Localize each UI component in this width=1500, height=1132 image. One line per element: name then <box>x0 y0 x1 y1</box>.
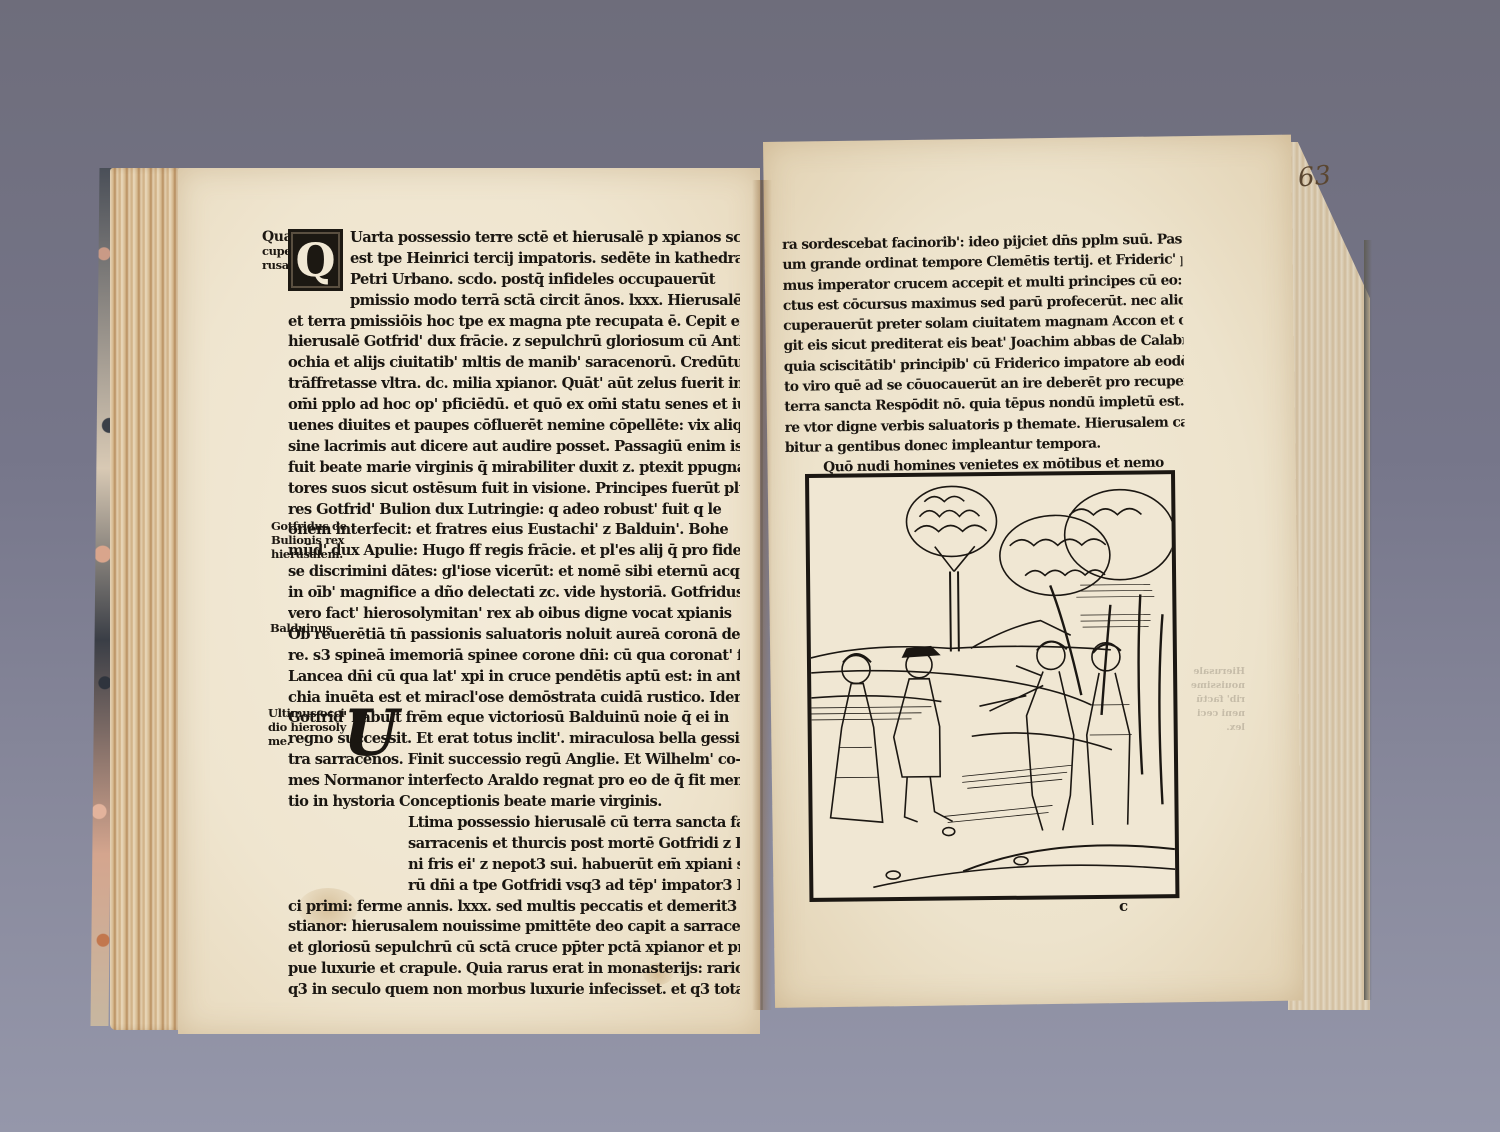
text-line: Ob reuerētiā tn̄ passionis saluatoris no… <box>288 626 740 647</box>
text-line: ochia et alijs ciuitatib' mltis de manib… <box>288 354 740 375</box>
text-line: Uarta possessio terre sctē et hierusalē … <box>288 229 740 250</box>
left-page-block-edges <box>110 168 182 1030</box>
text-line: rū dn̄i a tpe Gotfridi vsq3 ad tēp' impa… <box>288 877 740 898</box>
right-cover-edge <box>1364 240 1372 1000</box>
text-line: chia inuēta est et miracl'ose demōstrata… <box>288 689 740 710</box>
show-through-line: nouissime <box>1180 679 1245 693</box>
text-line: Gotfrid' habuit frēm eque victoriosū Bal… <box>288 709 740 730</box>
text-line: se discrimini dātes: gl'iose vicerūt: et… <box>288 563 740 584</box>
text-line: regno successit. Et erat totus inclit'. … <box>288 730 740 751</box>
show-through-line: rib' factū <box>1180 693 1245 707</box>
text-line: onem interfecit: et fratres eius Eustach… <box>288 521 740 542</box>
text-line: et terra pmissiōis hoc tpe ex magna pte … <box>288 313 740 334</box>
book-photo-scene: Quarta re cuperatio hie rusalem. Gotfrid… <box>0 0 1500 1132</box>
text-line: pue luxurie et crapule. Quia rarus erat … <box>288 960 740 981</box>
handwritten-folio-number: 63 <box>1297 160 1333 193</box>
text-line: vero fact' hierosolymitan' rex ab oibus … <box>288 605 740 626</box>
show-through-line: neni ceci <box>1180 707 1245 721</box>
show-through-line: Hierusale <box>1180 665 1245 679</box>
text-line: Lancea dn̄i cū qua lat' xpi in cruce pen… <box>288 668 740 689</box>
text-line: tio in hystoria Conceptionis beate marie… <box>288 793 740 814</box>
show-through-line: lex. <box>1180 721 1245 735</box>
text-line: tores suos sicut ostēsum fuit in visione… <box>288 480 740 501</box>
text-line: stianor: hierusalem nouissime pmittēte d… <box>288 918 740 939</box>
text-line: re. s3 spineā imemoriā spinee corone dn̄… <box>288 647 740 668</box>
text-line: Ltima possessio hierusalē cū terra sanct… <box>288 814 740 835</box>
text-line: in oīb' magnifice a dño delectati zc. vi… <box>288 584 740 605</box>
woodcut-illustration <box>805 470 1179 902</box>
signature-mark: c <box>1119 897 1128 915</box>
text-line: trāffretasse vltra. dc. milia xpianor. Q… <box>288 375 740 396</box>
text-line: ci primi: ferme annis. lxxx. sed multis … <box>288 898 740 919</box>
text-line: uenes diuites et paupes cōfluerēt nemine… <box>288 417 740 438</box>
text-line: Petri Urbano. scdo. postq̄ infideles occ… <box>288 271 740 292</box>
text-line: mūd' dux Apulie: Hugo ff regis frācie. e… <box>288 542 740 563</box>
left-page-text-block: Uarta possessio terre sctē et hierusalē … <box>288 229 740 1002</box>
text-line: sine lacrimis aut dicere aut audire poss… <box>288 438 740 459</box>
text-line: q3 in seculo quem non morbus luxurie inf… <box>288 981 740 1002</box>
right-page-text-block: ra sordescebat facinorib': ideo pijciet … <box>782 231 1186 500</box>
text-line: pmissio modo terrā sctā circit ānos. lxx… <box>288 292 740 313</box>
show-through-text: Hierusale nouissime rib' factū neni ceci… <box>1180 665 1245 735</box>
book-gutter <box>752 180 772 1010</box>
text-line: est tpe Heinrici tercij impatoris. sedēt… <box>288 250 740 271</box>
text-line: et gloriosū sepulchrū cū sctā cruce pp̄t… <box>288 939 740 960</box>
text-line: ni fris ei' z nepot3 sui. habuerūt em̄ x… <box>288 856 740 877</box>
text-line: res Gotfrid' Bulion dux Lutringie: q ade… <box>288 501 740 522</box>
text-line: sarracenis et thurcis post mortē Gotfrid… <box>288 835 740 856</box>
woodcut-drawing <box>809 474 1175 898</box>
text-line: om̄i pplo ad hoc op' pficiēdū. et quō ex… <box>288 396 740 417</box>
text-line: mes Normanor interfecto Araldo regnat pr… <box>288 772 740 793</box>
text-line: fuit beate marie virginis q̄ mirabiliter… <box>288 459 740 480</box>
text-line: hierusalē Gotfrid' dux frācie. z sepulch… <box>288 333 740 354</box>
text-line: tra sarracenos. Finit successio regū Ang… <box>288 751 740 772</box>
